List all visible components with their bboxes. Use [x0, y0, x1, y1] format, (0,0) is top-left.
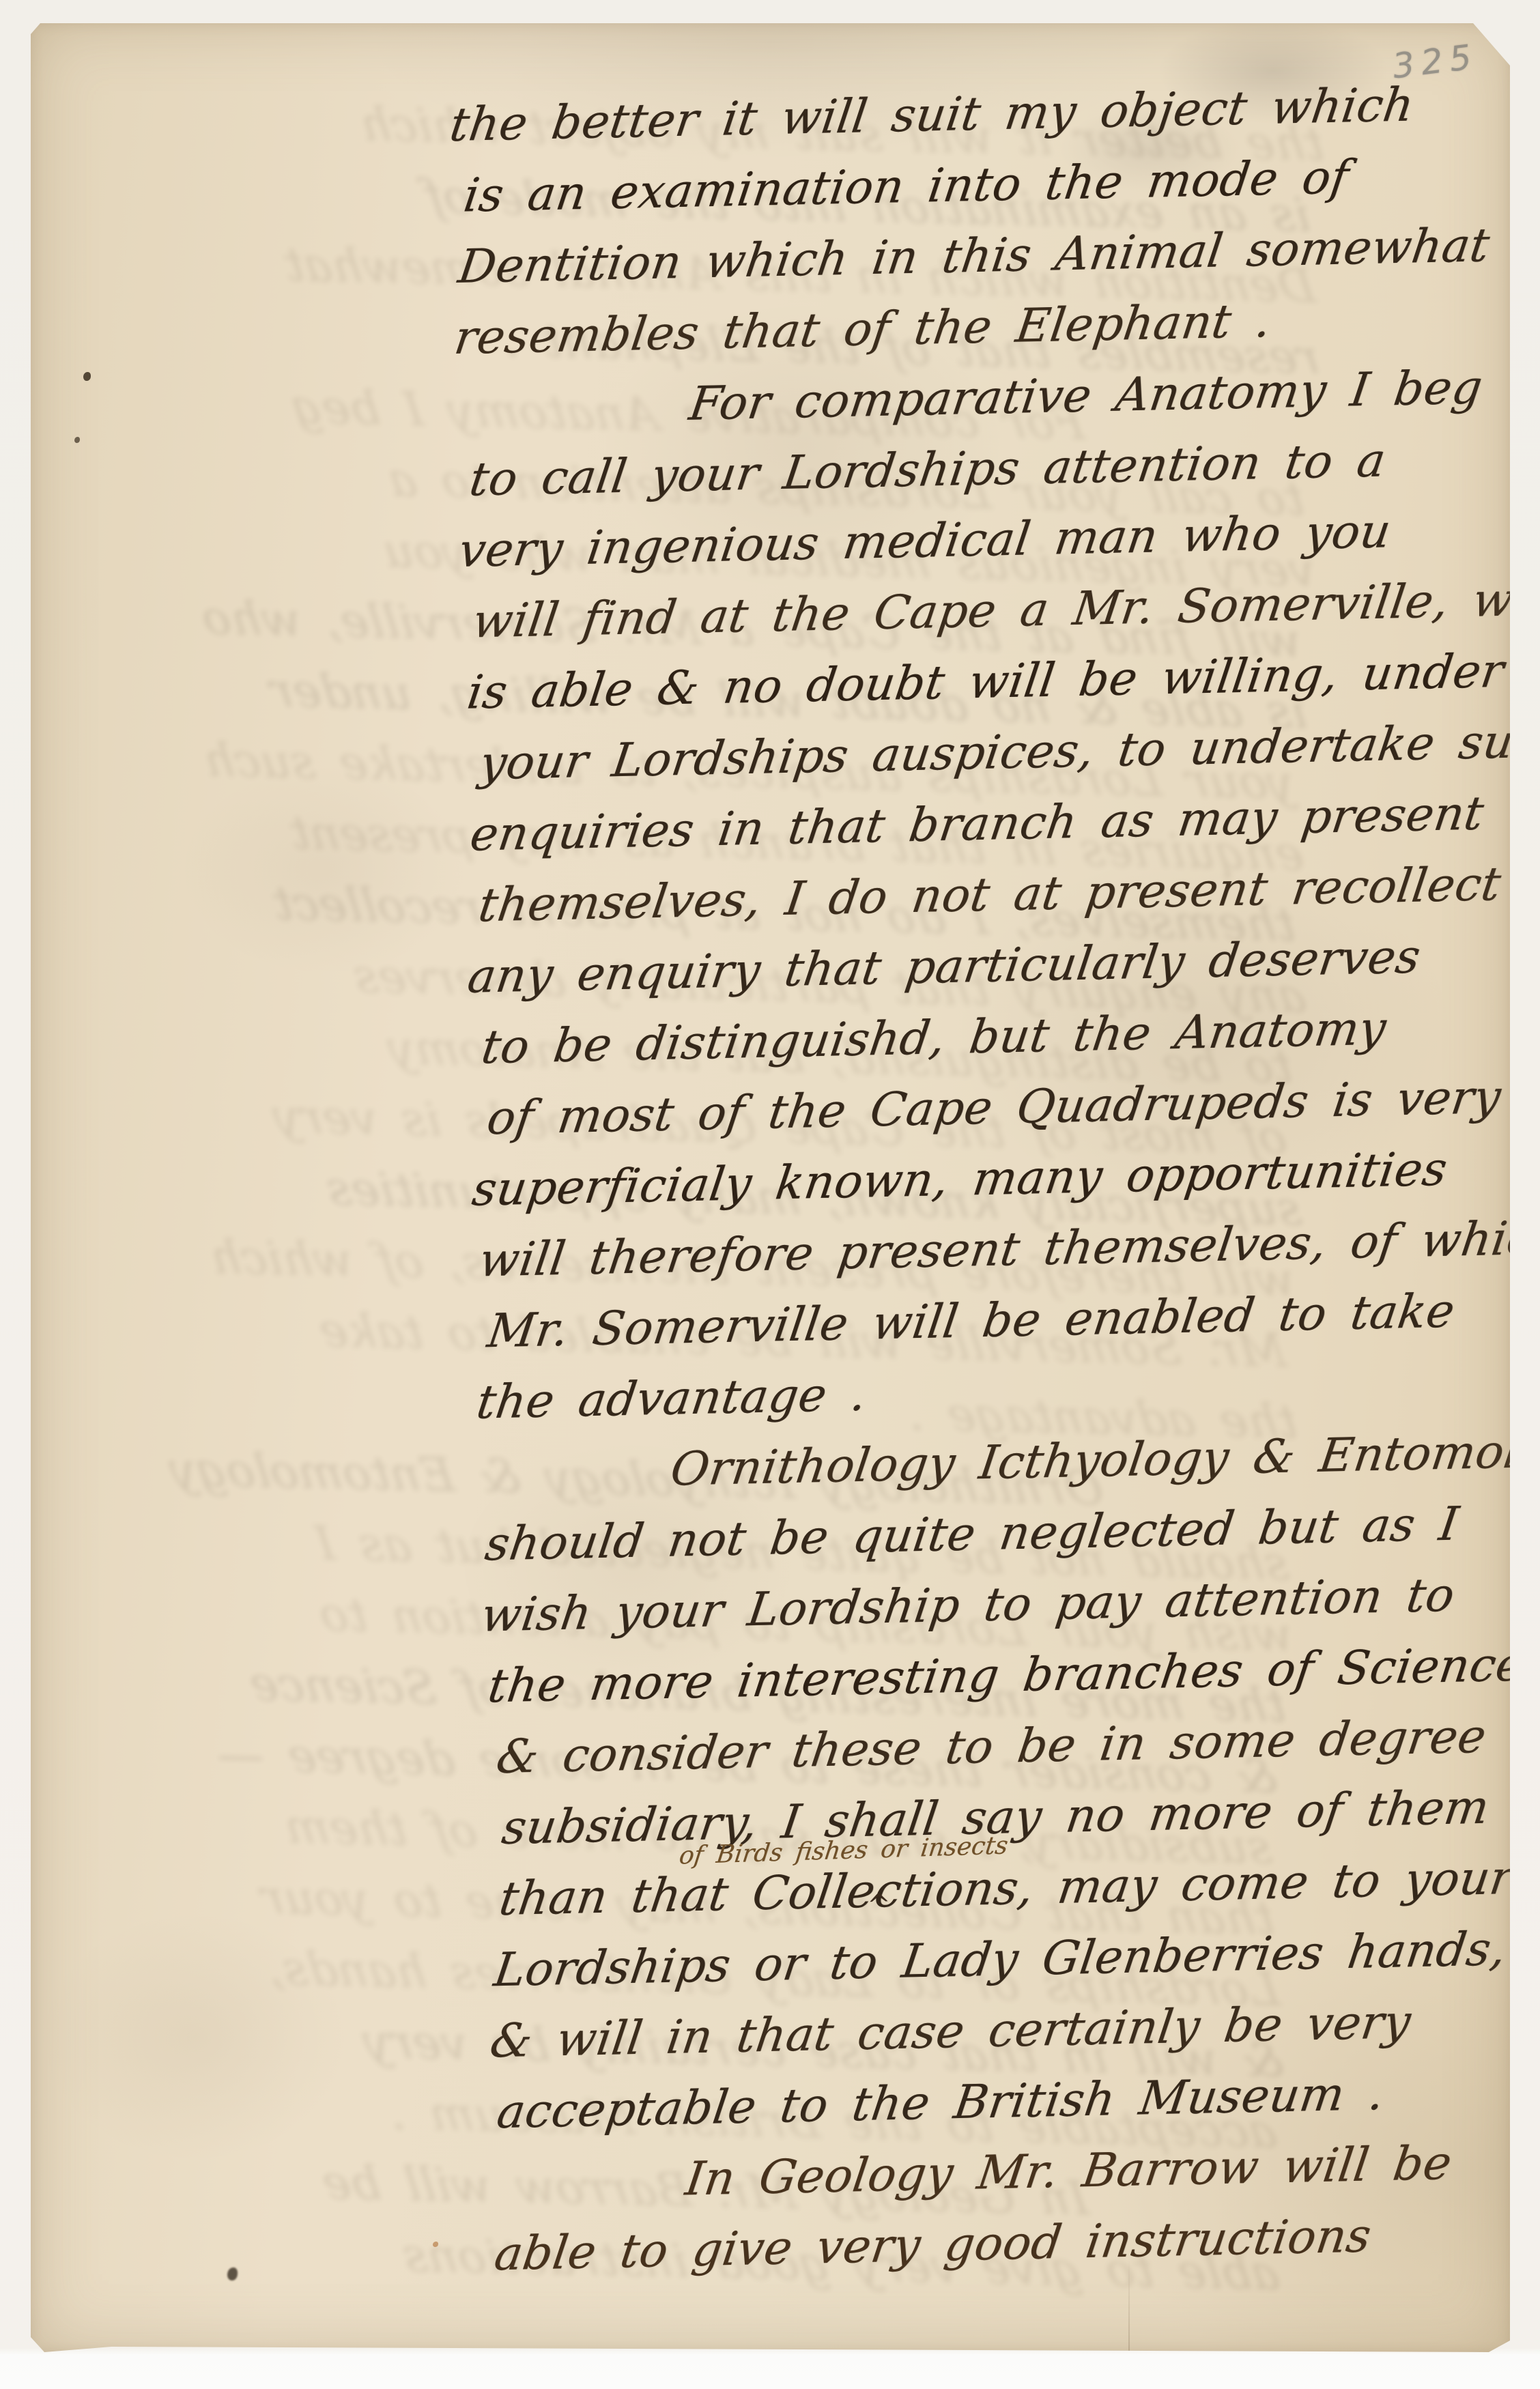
- rust-spot: [433, 2242, 438, 2247]
- scan-background: { "page": { "folio_number": "325", "colo…: [0, 0, 1540, 2389]
- manuscript-page: the better it will suit my object which …: [31, 23, 1510, 2352]
- ink-spot: [83, 372, 91, 381]
- ink-spot: [74, 437, 80, 443]
- ink-smudge: [227, 2268, 238, 2280]
- insertion-caret-icon: ^: [866, 1890, 892, 1919]
- letter-text: the better it will suit my object which …: [451, 68, 1527, 2290]
